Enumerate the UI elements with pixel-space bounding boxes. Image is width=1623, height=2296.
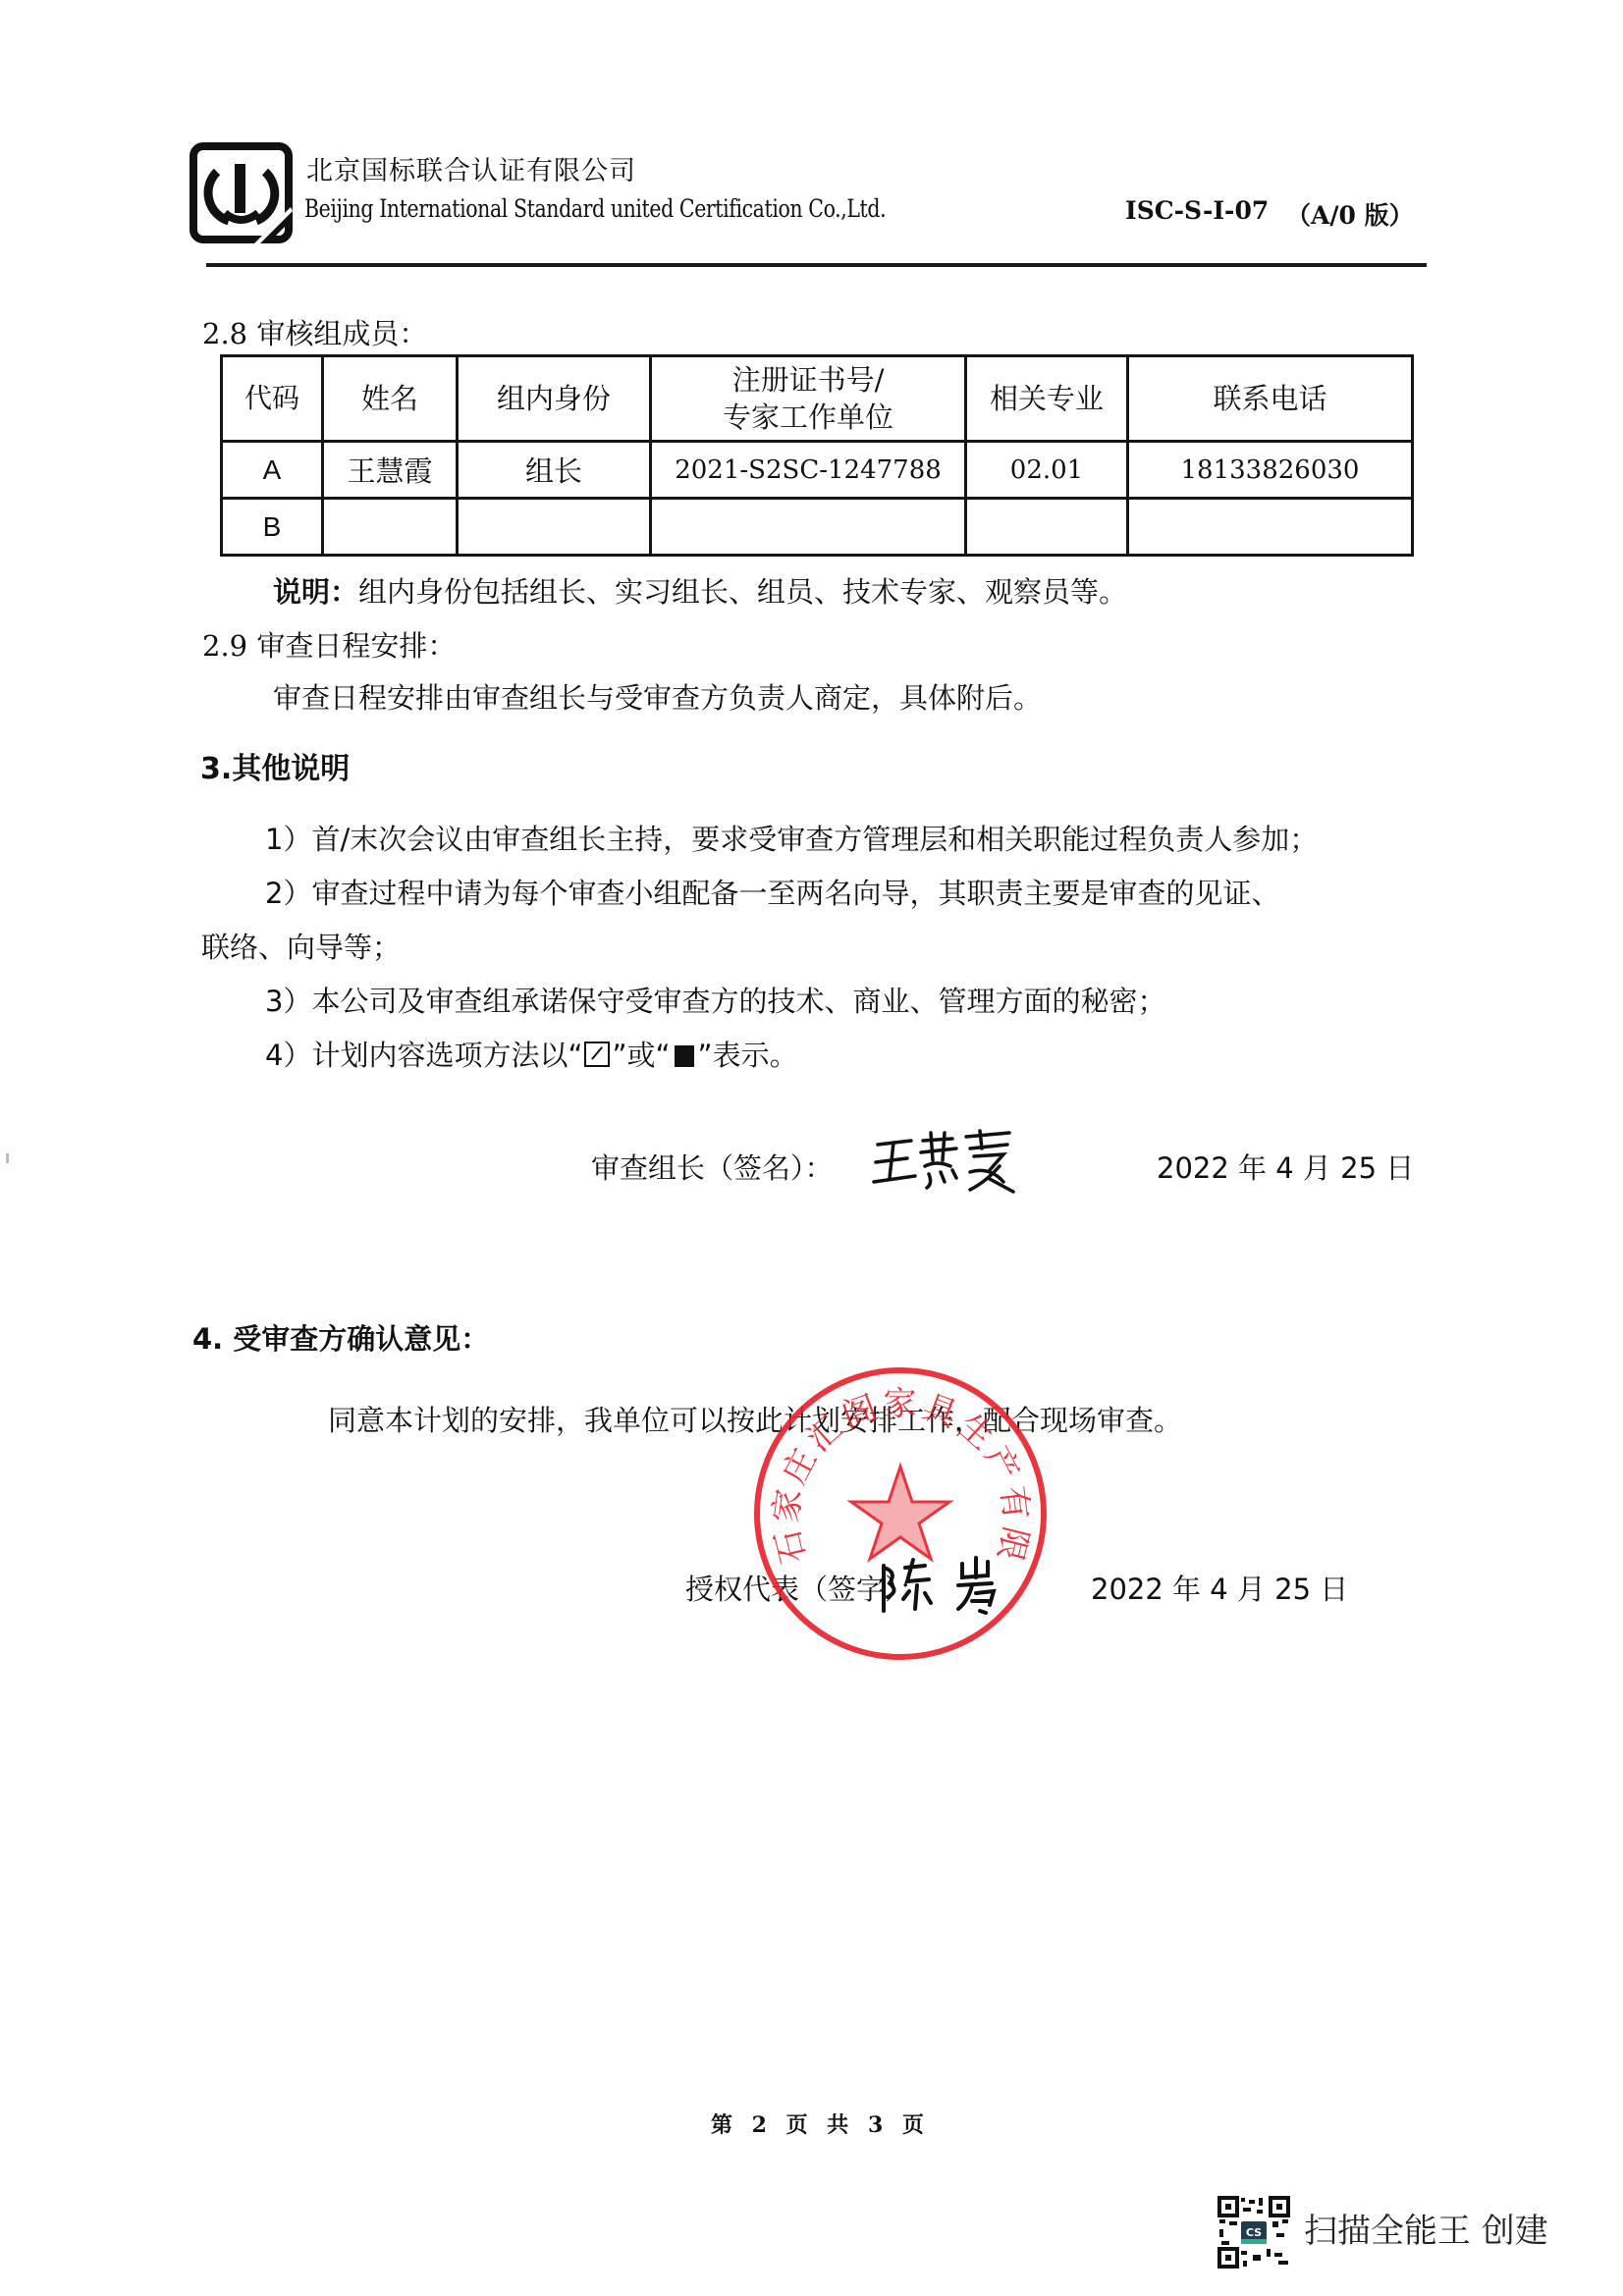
audit-team-table: 代码 姓名 组内身份 注册证书号/ 专家工作单位 相关专业 联系电话 A 王慧霞…	[220, 354, 1414, 557]
header-name: 姓名	[323, 356, 458, 442]
filled-square-icon	[675, 1045, 694, 1067]
cell-code: A	[222, 442, 323, 499]
cell-cert: 2021-S2SC-1247788	[651, 442, 966, 499]
table-note: 说明：组内身份包括组长、实习组长、组员、技术专家、观察员等。	[273, 570, 1127, 611]
list-item: 1）首/末次会议由审查组长主持，要求受审查方管理层和相关职能过程负责人参加；	[265, 818, 1318, 858]
cell-role	[458, 499, 651, 556]
header-cert: 注册证书号/ 专家工作单位	[651, 356, 966, 442]
company-seal-stamp: 石家庄汇阁家具生产有限公司	[750, 1363, 1051, 1664]
checked-box-icon	[584, 1041, 610, 1067]
header-phone: 联系电话	[1128, 356, 1413, 442]
section-4-title: 4. 受审查方确认意见：	[192, 1317, 489, 1358]
section-3-title: 3.其他说明	[200, 744, 350, 787]
note-label: 说明：	[273, 575, 358, 609]
page-number: 第 2 页 共 3 页	[711, 2109, 930, 2139]
leader-signature-label: 审查组长（签名）：	[591, 1147, 834, 1187]
table-row: B	[222, 499, 1413, 556]
cell-phone: 18133826030	[1128, 442, 1413, 499]
note-text: 组内身份包括组长、实习组长、组员、技术专家、观察员等。	[358, 575, 1127, 609]
header-code: 代码	[222, 356, 323, 442]
company-name-en: Beijing International Standard united Ce…	[304, 194, 886, 223]
table-row: A 王慧霞 组长 2021-S2SC-1247788 02.01 1813382…	[222, 442, 1413, 499]
scan-artifact	[6, 1153, 9, 1163]
list-item: 3）本公司及审查组承诺保守受审查方的技术、商业、管理方面的秘密；	[265, 980, 1165, 1020]
section-2-9-title: 2.9 审查日程安排：	[202, 624, 456, 665]
cell-specialty: 02.01	[966, 442, 1128, 499]
camscanner-watermark: 扫描全能王 创建	[1304, 2204, 1548, 2252]
leader-handwritten-signature: 王慧霞	[872, 1127, 1019, 1196]
table-header-row: 代码 姓名 组内身份 注册证书号/ 专家工作单位 相关专业 联系电话	[222, 356, 1413, 442]
header-specialty: 相关专业	[966, 356, 1128, 442]
cell-cert	[651, 499, 966, 556]
section-2-8-title: 2.8 审核组成员：	[202, 312, 427, 352]
header-cert-line2: 专家工作单位	[652, 399, 964, 436]
camscanner-qr-icon: CS	[1217, 2196, 1290, 2269]
representative-sign-date: 2022 年 4 月 25 日	[1091, 1568, 1348, 1608]
item4-mid: ”或“	[612, 1039, 670, 1072]
isc-logo-icon	[189, 142, 293, 243]
header-cert-line1: 注册证书号/	[652, 361, 964, 399]
cell-name: 王慧霞	[323, 442, 458, 499]
item4-prefix: 4）计划内容选项方法以“	[265, 1039, 582, 1072]
cell-specialty	[966, 499, 1128, 556]
header-divider	[206, 263, 1427, 267]
camscanner-badge: CS	[1246, 2226, 1262, 2239]
document-version: （A/0 版）	[1286, 196, 1414, 232]
document-code: ISC-S-I-07	[1125, 196, 1269, 225]
cell-role: 组长	[458, 442, 651, 499]
item4-suffix: ”表示。	[698, 1039, 798, 1072]
list-item: 4）计划内容选项方法以“”或“”表示。	[265, 1034, 798, 1074]
company-name-cn: 北京国标联合认证有限公司	[306, 149, 636, 187]
list-item-continuation: 联络、向导等；	[201, 926, 401, 966]
leader-sign-date: 2022 年 4 月 25 日	[1157, 1147, 1414, 1187]
section-2-9-body: 审查日程安排由审查组长与受审查方负责人商定，具体附后。	[273, 676, 1042, 717]
header-role: 组内身份	[458, 356, 651, 442]
cell-phone	[1128, 499, 1413, 556]
cell-code: B	[222, 499, 323, 556]
list-item: 2）审查过程中请为每个审查小组配备一至两名向导，其职责主要是审查的见证、	[265, 872, 1279, 912]
cell-name	[323, 499, 458, 556]
